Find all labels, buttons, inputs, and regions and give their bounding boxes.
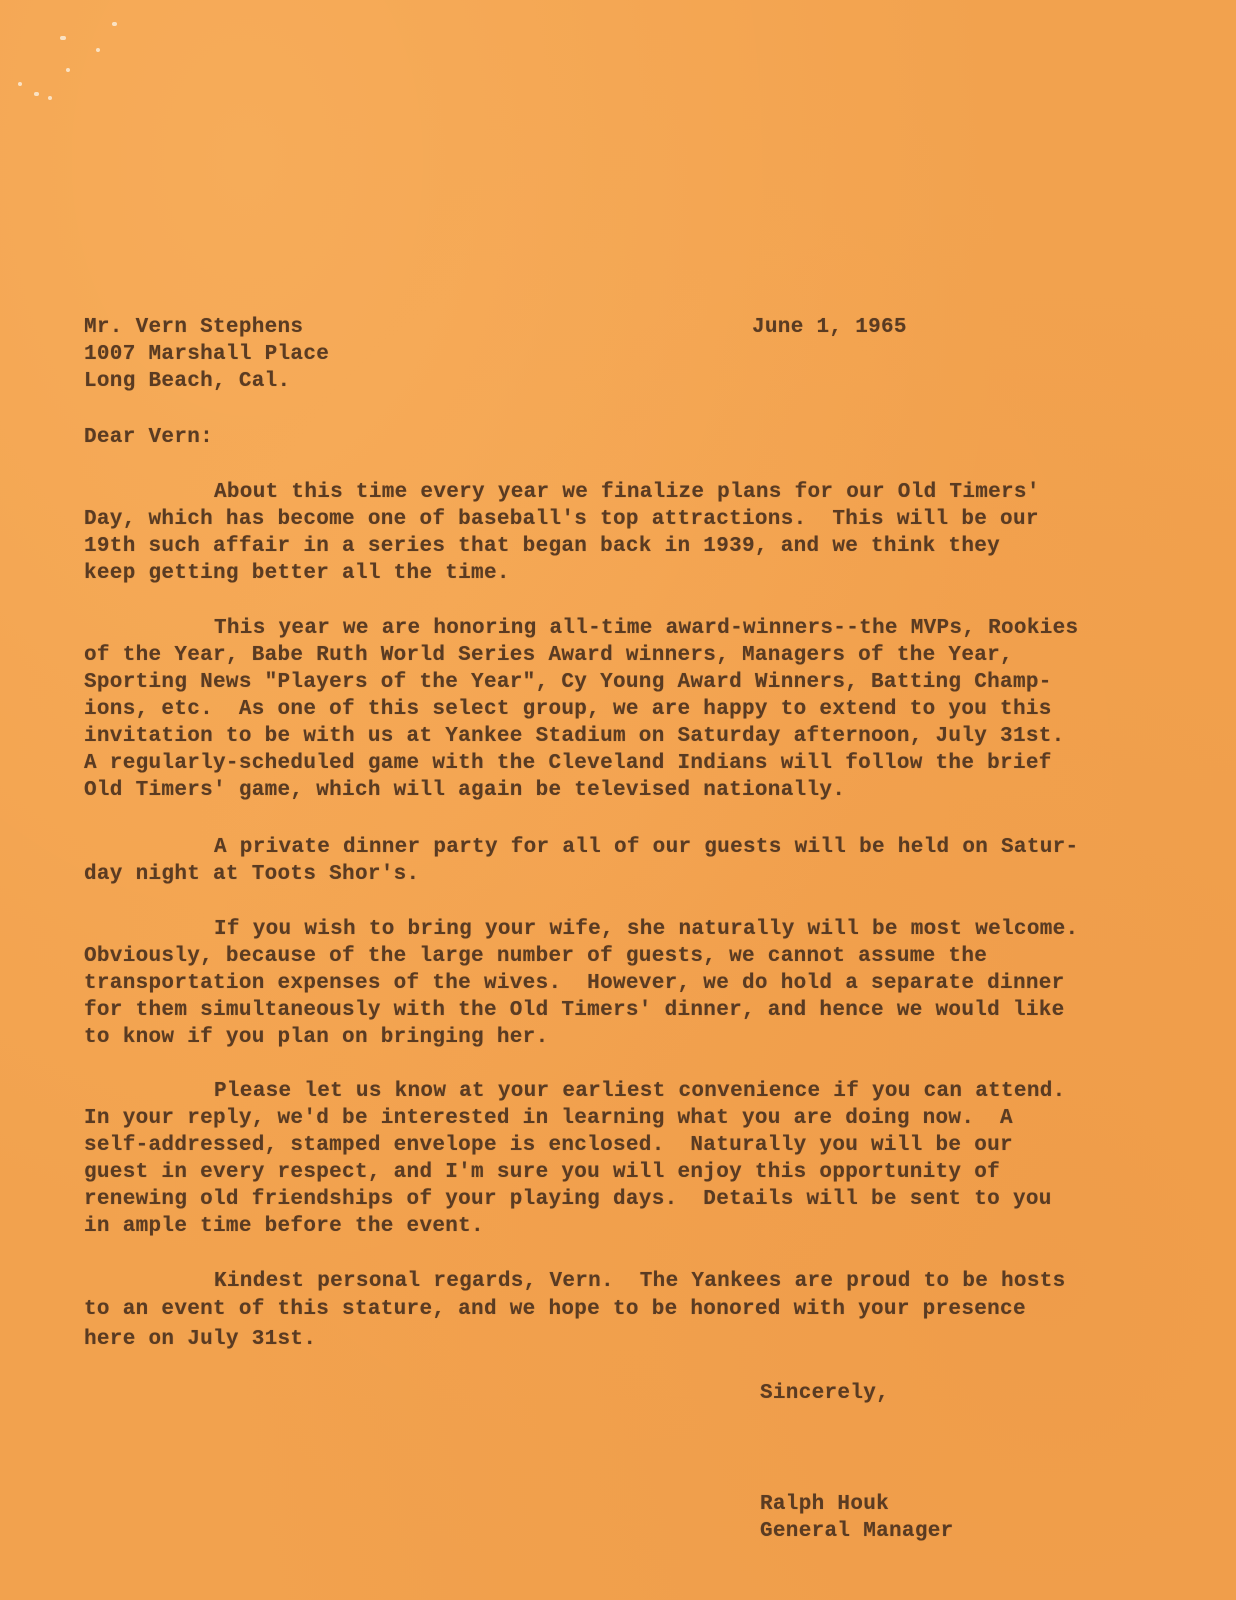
paragraph-line: A private dinner party for all of our gu… <box>214 834 1078 861</box>
paragraph-line: 19th such affair in a series that began … <box>84 533 1000 560</box>
recipient-name: Mr. Vern Stephens <box>84 314 303 341</box>
paragraph-line: Obviously, because of the large number o… <box>84 943 987 970</box>
paragraph-line: About this time every year we finalize p… <box>214 479 1040 506</box>
paragraph-line: guest in every respect, and I'm sure you… <box>84 1159 1000 1186</box>
paragraph-line: In your reply, we'd be interested in lea… <box>84 1105 1013 1132</box>
paragraph-line: to know if you plan on bringing her. <box>84 1024 548 1051</box>
paper-scuff-mark <box>48 96 52 100</box>
paragraph-line: renewing old friendships of your playing… <box>84 1186 1052 1213</box>
paragraph-line: of the Year, Babe Ruth World Series Awar… <box>84 642 1013 669</box>
recipient-city: Long Beach, Cal. <box>84 368 290 395</box>
paper-scuff-mark <box>18 82 22 86</box>
paragraph-line: If you wish to bring your wife, she natu… <box>214 916 1078 943</box>
letter-date: June 1, 1965 <box>752 314 907 341</box>
letter-page: Mr. Vern Stephens June 1, 1965 1007 Mars… <box>0 0 1236 1600</box>
paragraph-line: Old Timers' game, which will again be te… <box>84 777 845 804</box>
paragraph-line: Please let us know at your earliest conv… <box>214 1078 1066 1105</box>
paper-scuff-mark <box>96 48 100 52</box>
closing: Sincerely, <box>760 1380 889 1407</box>
paper-scuff-mark <box>66 68 70 72</box>
paragraph-line: in ample time before the event. <box>84 1213 484 1240</box>
paragraph-line: Kindest personal regards, Vern. The Yank… <box>214 1268 1066 1295</box>
paragraph-line: self-addressed, stamped envelope is encl… <box>84 1132 1013 1159</box>
paragraph-line: keep getting better all the time. <box>84 560 510 587</box>
paragraph-line: transportation expenses of the wives. Ho… <box>84 970 1065 997</box>
paragraph-line: invitation to be with us at Yankee Stadi… <box>84 723 1065 750</box>
paragraph-line: here on July 31st. <box>84 1326 316 1353</box>
paragraph-line: day night at Toots Shor's. <box>84 861 419 888</box>
paragraph-line: for them simultaneously with the Old Tim… <box>84 997 1065 1024</box>
paragraph-line: This year we are honoring all-time award… <box>214 615 1078 642</box>
paragraph-line: Day, which has become one of baseball's … <box>84 506 1039 533</box>
paper-scuff-mark <box>34 92 39 96</box>
paragraph-line: Sporting News "Players of the Year", Cy … <box>84 669 1052 696</box>
paper-scuff-mark <box>60 36 66 40</box>
signer-title: General Manager <box>760 1518 954 1545</box>
salutation: Dear Vern: <box>84 424 213 451</box>
paragraph-line: A regularly-scheduled game with the Clev… <box>84 750 1052 777</box>
signer-name: Ralph Houk <box>760 1491 889 1518</box>
paragraph-line: to an event of this stature, and we hope… <box>84 1296 1026 1323</box>
recipient-street: 1007 Marshall Place <box>84 341 329 368</box>
paper-scuff-mark <box>112 22 117 26</box>
paragraph-line: ions, etc. As one of this select group, … <box>84 696 1052 723</box>
